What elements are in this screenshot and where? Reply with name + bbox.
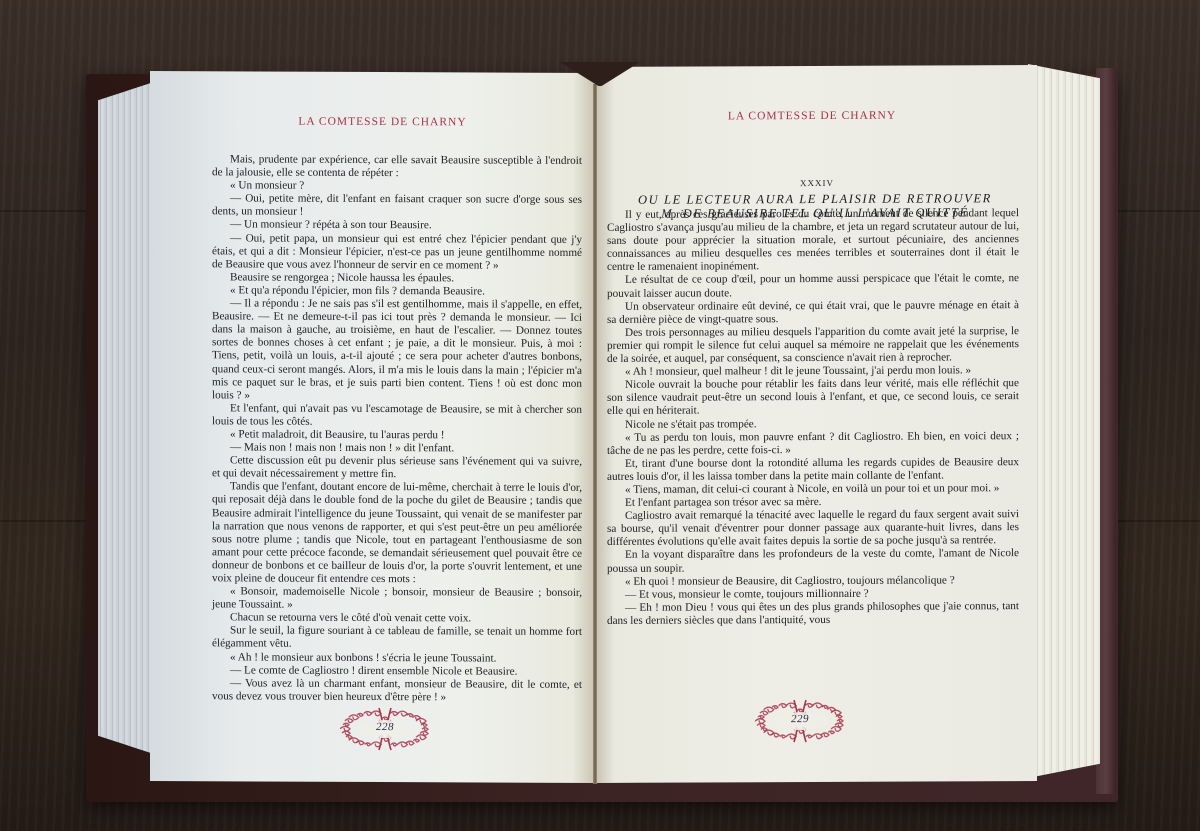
- paragraph: — Il a répondu : Je ne sais pas s'il est…: [212, 297, 582, 403]
- paragraph: Sur le seuil, la figure souriant à ce ta…: [212, 625, 582, 653]
- paragraph: Et l'enfant, qui n'avait pas vu l'escamo…: [212, 402, 582, 430]
- paragraph: — Vous avez là un charmant enfant, monsi…: [212, 677, 582, 705]
- paragraph: Il y eut, après ces gracieuses paroles d…: [607, 207, 1019, 274]
- page-block-edge-right: [1028, 64, 1100, 778]
- paragraph: Tandis que l'enfant, doutant encore de l…: [212, 481, 582, 587]
- running-head: LA COMTESSE DE CHARNY: [170, 115, 595, 129]
- paragraph: « Tu as perdu ton louis, mon pauvre enfa…: [607, 430, 1019, 458]
- page-number: 229: [755, 713, 845, 725]
- paragraph: « Tiens, maman, dit celui-ci courant à N…: [607, 482, 1019, 497]
- left-page: LA COMTESSE DE CHARNY Mais, prudente par…: [150, 71, 595, 783]
- paragraph: — Oui, petit papa, un monsieur qui est e…: [212, 232, 582, 273]
- paragraph: Des trois personnages au milieu desquels…: [607, 325, 1019, 366]
- paragraph: Le résultat de ce coup d'œil, pour un ho…: [607, 273, 1019, 301]
- page-number-ornament: 228: [340, 706, 430, 752]
- paragraph: Cette discussion eût pu devenir plus sér…: [212, 454, 582, 482]
- paragraph: « Ah ! le monsieur aux bonbons ! s'écria…: [212, 651, 582, 666]
- page-number-ornament: 229: [755, 698, 845, 744]
- paragraph: — Un monsieur ? répéta à son tour Beausi…: [212, 219, 582, 234]
- paragraph: Nicole ouvrait la bouche pour rétablir l…: [607, 377, 1019, 418]
- right-page: LA COMTESSE DE CHARNY XXXIV OU LE LECTEU…: [597, 65, 1037, 783]
- page-text: Il y eut, après ces gracieuses paroles d…: [607, 207, 1019, 628]
- paragraph: — Eh ! mon Dieu ! vous qui êtes un des p…: [607, 600, 1019, 628]
- paragraph: Un observateur ordinaire eût deviné, ce …: [607, 299, 1019, 327]
- page-number: 228: [340, 721, 430, 733]
- paragraph: — Oui, petite mère, dit l'enfant en fais…: [212, 193, 582, 221]
- book-gutter: [593, 84, 597, 784]
- paragraph: En la voyant disparaître dans les profon…: [607, 548, 1019, 576]
- paragraph: Cagliostro avait remarqué la ténacité av…: [607, 508, 1019, 549]
- running-head: LA COMTESSE DE CHARNY: [587, 109, 1037, 123]
- paragraph: « Bonsoir, mademoiselle Nicole ; bonsoir…: [212, 585, 582, 613]
- paragraph: Et, tirant d'une bourse dont la rotondit…: [607, 456, 1019, 484]
- page-text: Mais, prudente par expérience, car elle …: [212, 153, 582, 705]
- paragraph: Mais, prudente par expérience, car elle …: [212, 153, 582, 181]
- paragraph: — Le comte de Cagliostro ! dirent ensemb…: [212, 664, 582, 679]
- chapter-number: XXXIV: [597, 177, 1037, 189]
